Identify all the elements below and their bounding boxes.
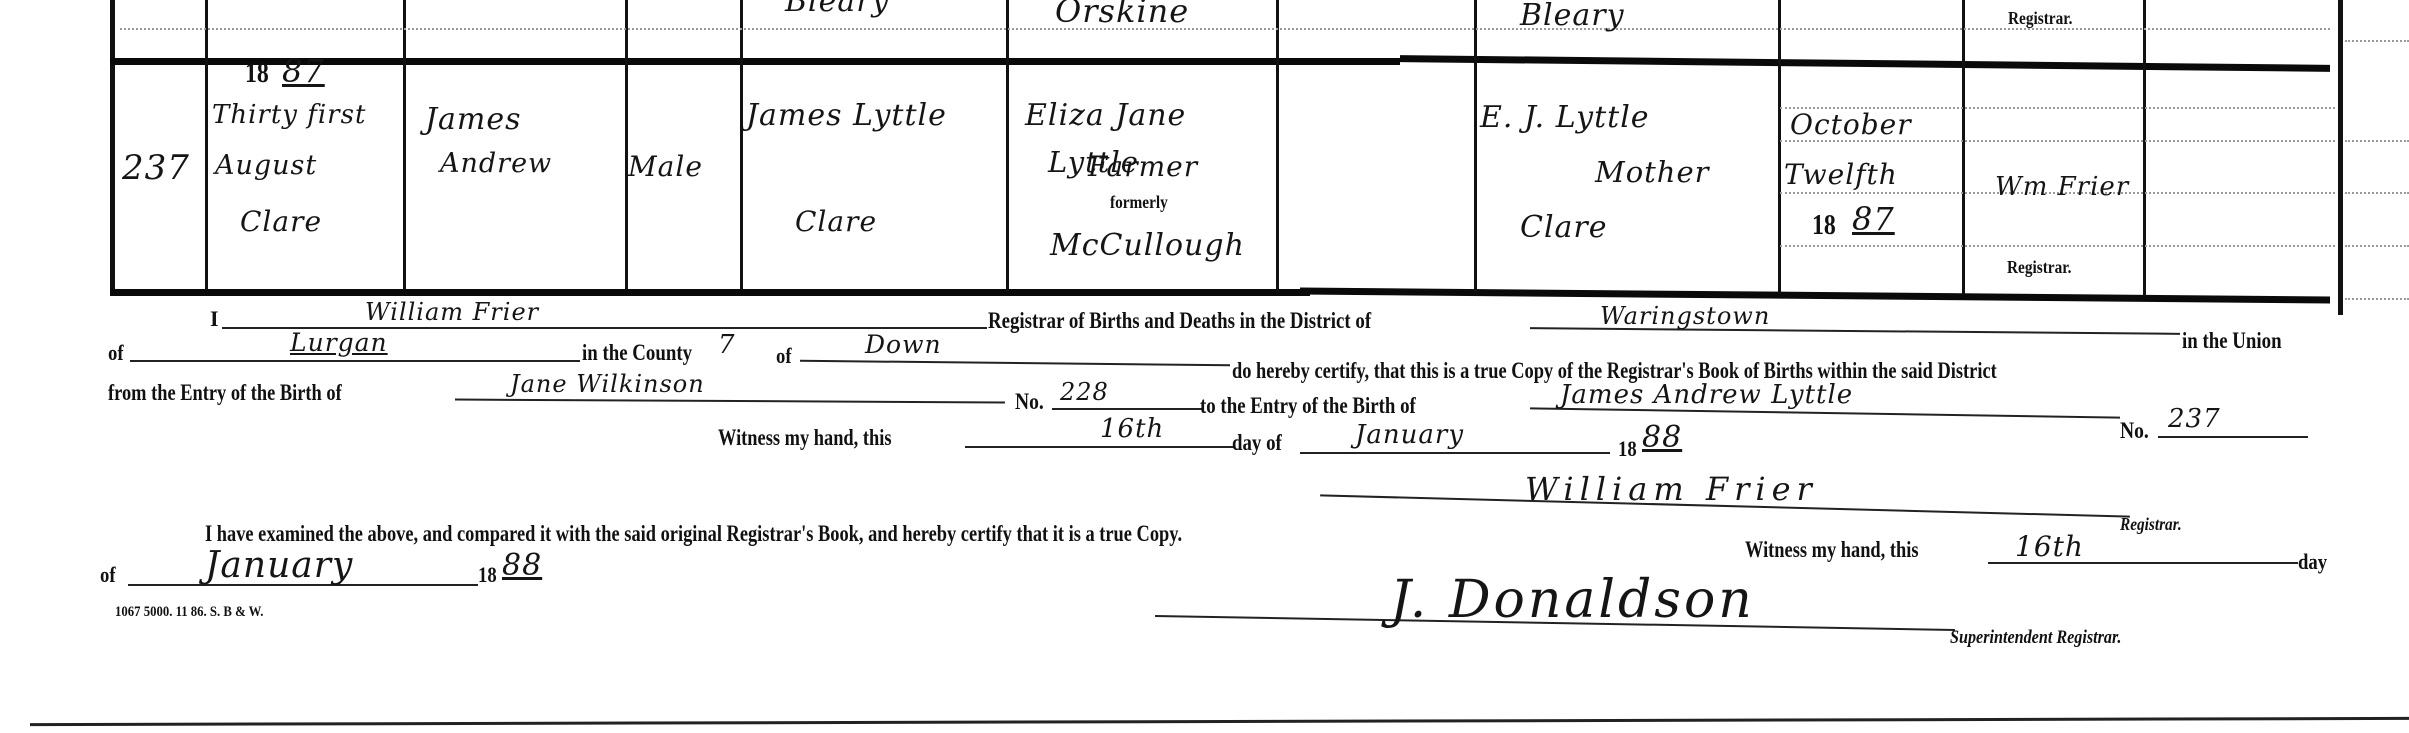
- supt-signature: J. Donaldson: [1390, 570, 1755, 630]
- col-line-6: [1276, 0, 1279, 292]
- entry-number: 237: [122, 148, 190, 188]
- prev-row-mother: Orskine: [1055, 0, 1189, 30]
- cert-to-no-label: No.: [2120, 418, 2149, 444]
- cert-year-prefix: 18: [1618, 436, 1637, 462]
- cert-witness-label: Witness my hand, this: [718, 425, 892, 451]
- cert-registrar-name: William Frier: [365, 298, 539, 326]
- father-name: James Lyttle: [746, 98, 947, 133]
- table-right-border: [2338, 0, 2343, 315]
- cert-county-fill: 7: [718, 330, 736, 360]
- supt-witness-label: Witness my hand, this: [1745, 537, 1919, 563]
- informant-place: Clare: [1520, 210, 1608, 245]
- fill-line-from-no: [1052, 408, 1202, 410]
- col-line-4: [740, 0, 743, 290]
- informant-relation: Mother: [1595, 155, 1710, 189]
- prev-row-registrar-label: Registrar.: [2008, 8, 2072, 29]
- col-line-10: [2143, 0, 2146, 296]
- child-sex: Male: [628, 150, 703, 183]
- col-line-7: [1474, 0, 1477, 292]
- col-line-8: [1778, 0, 1781, 294]
- birth-place: Clare: [240, 205, 322, 238]
- registrar-label-entry: Registrar.: [2007, 257, 2071, 278]
- col-line-5: [1006, 0, 1009, 292]
- cert-from-no: 228: [1060, 378, 1109, 406]
- table-bottom-border-right: [1300, 288, 2330, 304]
- child-name-second: Andrew: [440, 148, 552, 179]
- dotted-rule: [2345, 40, 2409, 42]
- cert-to-no: 237: [2168, 404, 2221, 434]
- mother-maiden-name: McCullough: [1050, 228, 1245, 263]
- registered-day: Twelfth: [1784, 158, 1898, 191]
- cert-line1-text: Registrar of Births and Deaths in the Di…: [988, 308, 1371, 334]
- dotted-rule: [1780, 245, 2335, 247]
- row-separator-top-right: [1400, 55, 2330, 72]
- cert-from-name: Jane Wilkinson: [510, 370, 705, 398]
- dotted-rule: [2345, 245, 2409, 247]
- page-bottom-rule: [30, 717, 2409, 726]
- fill-line-county: [800, 360, 1230, 367]
- father-place: Clare: [795, 205, 877, 238]
- fill-line-day: [965, 446, 1235, 448]
- fill-line-month: [1300, 452, 1610, 454]
- supt-title: Superintendent Registrar.: [1950, 627, 2121, 649]
- col-line-9: [1962, 0, 1965, 294]
- cert-to-name: James Andrew Lyttle: [1560, 380, 1853, 410]
- birth-year-suffix: 87: [282, 52, 325, 90]
- cert-year-suffix: 88: [1642, 420, 1682, 455]
- birth-day: Thirty first: [212, 100, 366, 130]
- informant-name: E. J. Lyttle: [1480, 100, 1650, 135]
- dotted-rule: [2345, 140, 2409, 142]
- dotted-rule: [2345, 298, 2409, 300]
- cert-union: Lurgan: [290, 328, 388, 357]
- cert-district: Waringstown: [1600, 302, 1770, 330]
- cert-county-label: in the County: [582, 340, 692, 366]
- table-bottom-border: [110, 289, 1310, 296]
- cert-registrar-signature: William Frier: [1525, 470, 1818, 508]
- table-left-border: [110, 0, 115, 295]
- cert-from-no-label: No.: [1015, 389, 1044, 415]
- registered-year-prefix: 18: [1812, 210, 1836, 242]
- child-name-first: James: [425, 102, 522, 137]
- col-line-1: [205, 0, 208, 290]
- cert-county-of-label: of: [776, 343, 792, 369]
- col-line-3: [625, 0, 628, 290]
- birth-year-prefix: 18: [245, 58, 269, 90]
- birth-month: August: [215, 150, 317, 181]
- prev-row-informant: Bleary: [1520, 0, 1625, 33]
- father-occupation: Farmer: [1088, 150, 1198, 183]
- cert-i-label: I: [210, 306, 219, 332]
- fill-line-from-name: [455, 399, 1005, 404]
- registered-year-suffix: 87: [1852, 200, 1895, 238]
- cert-union-label: in the Union: [2182, 328, 2282, 354]
- mother-name-first: Eliza Jane: [1025, 98, 1186, 133]
- cert-month: January: [1355, 420, 1464, 450]
- cert-of-label: of: [108, 340, 124, 366]
- cert-registrar-label: Registrar.: [2120, 514, 2182, 535]
- supt-day-label: day: [2298, 549, 2327, 575]
- fill-line-union: [130, 360, 580, 362]
- cert-to-label: to the Entry of the Birth of: [1200, 393, 1416, 419]
- mother-formerly-label: formerly: [1110, 192, 1168, 213]
- supt-month: January: [205, 545, 353, 586]
- cert-day: 16th: [1100, 414, 1164, 444]
- registrar-signature-entry: Wm Frier: [1995, 172, 2129, 202]
- supt-of-label: of: [100, 562, 116, 588]
- supt-year-suffix: 88: [502, 548, 542, 583]
- cert-county: Down: [865, 330, 942, 359]
- supt-year-prefix: 18: [478, 562, 497, 588]
- prev-row-father: Bleary: [785, 0, 890, 19]
- fill-line-to-no: [2158, 436, 2308, 438]
- registered-month: October: [1790, 108, 1912, 141]
- cert-day-of-label: day of: [1232, 430, 1282, 456]
- dotted-rule: [2345, 192, 2409, 194]
- print-code: 1067 5000. 11 86. S. B & W.: [115, 604, 263, 621]
- supt-statement: I have examined the above, and compared …: [205, 521, 1182, 547]
- supt-day: 16th: [2015, 530, 2084, 563]
- dotted-rule: [120, 28, 2330, 30]
- cert-from-label: from the Entry of the Birth of: [108, 380, 342, 406]
- col-line-2: [403, 0, 406, 290]
